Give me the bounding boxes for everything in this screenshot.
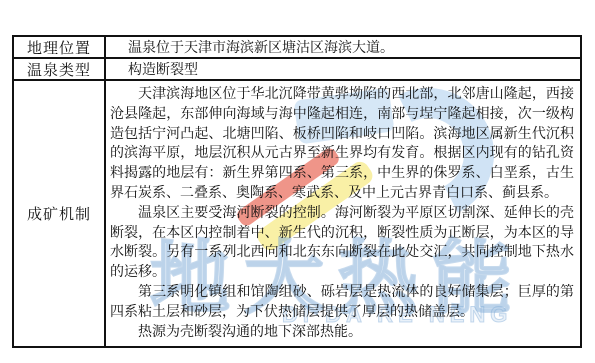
mechanism-paragraph-1: 天津滨海地区位于华北沉降带黄骅坳陷的西北部，北邻唐山隆起，西接沧县隆起，东部伸向… — [110, 85, 574, 204]
row-spring-type: 温泉类型 构造断裂型 — [14, 59, 580, 81]
row-label-geographic-location: 地理位置 — [14, 37, 106, 57]
row-mineralization-mechanism: 成矿机制 天津滨海地区位于华北沉降带黄骅坳陷的西北部，北邻唐山隆起，西接沧县隆起… — [14, 81, 580, 346]
document-page: 地大热能 DI DA RE NENG 地理位置 温泉位于天津市海滨新区塘沽区海滨… — [0, 0, 595, 363]
row-value-geographic-location: 温泉位于天津市海滨新区塘沽区海滨大道。 — [106, 37, 580, 57]
row-label-mineralization-mechanism: 成矿机制 — [14, 81, 106, 346]
row-value-spring-type: 构造断裂型 — [106, 59, 580, 79]
mechanism-text-block: 天津滨海地区位于华北沉降带黄骅坳陷的西北部，北邻唐山隆起，西接沧县隆起，东部伸向… — [106, 81, 580, 346]
mechanism-paragraph-2: 温泉区主要受海河断裂的控制。海河断裂为平原区切割深、延伸长的壳断裂，在本区内控制… — [110, 204, 574, 283]
mechanism-paragraph-4: 热源为壳断裂沟通的地下深部热能。 — [110, 323, 574, 343]
row-geographic-location: 地理位置 温泉位于天津市海滨新区塘沽区海滨大道。 — [14, 37, 580, 59]
mechanism-paragraph-3: 第三系明化镇组和馆陶组砂、砾岩层是热流体的良好储集层；巨厚的第四系粘土层和砂层，… — [110, 283, 574, 323]
row-label-spring-type: 温泉类型 — [14, 59, 106, 79]
info-table: 地理位置 温泉位于天津市海滨新区塘沽区海滨大道。 温泉类型 构造断裂型 成矿机制… — [12, 35, 582, 348]
